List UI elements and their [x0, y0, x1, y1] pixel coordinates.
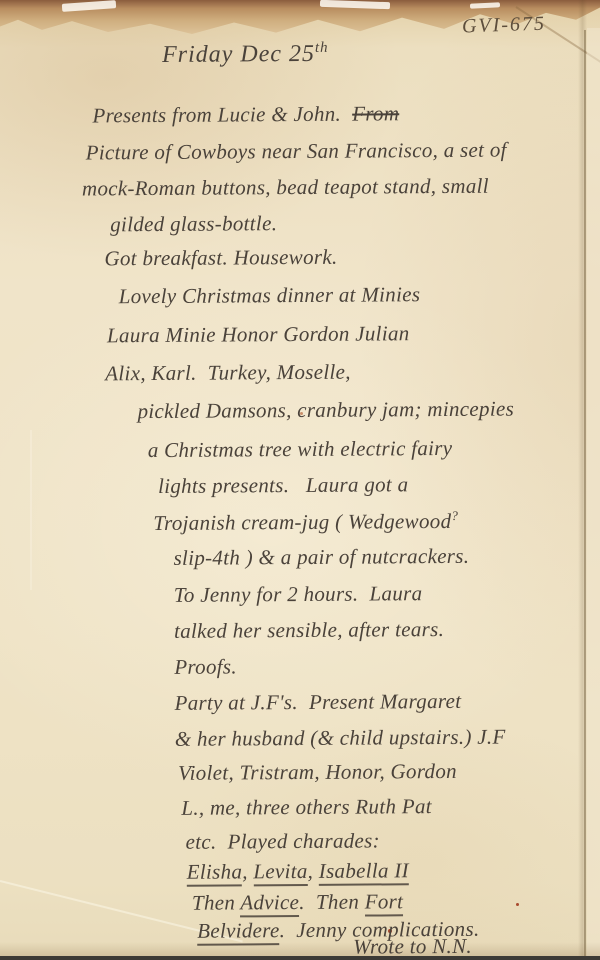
- handwritten-line: a Christmas tree with electric fairy: [148, 437, 453, 462]
- diary-page-photo: GVI-675 Friday Dec 25th Presents from Lu…: [0, 0, 600, 960]
- handwriting-segment: Violet, Tristram, Honor, Gordon: [178, 759, 457, 785]
- handwriting-segment: To Jenny for 2 hours. Laura: [174, 581, 423, 607]
- handwritten-line: To Jenny for 2 hours. Laura: [174, 582, 423, 607]
- handwriting-segment: etc. Played charades:: [185, 828, 380, 853]
- handwritten-line: & her husband (& child upstairs.) J.F: [175, 726, 506, 751]
- handwritten-line: L., me, three others Ruth Pat: [181, 795, 432, 820]
- handwriting-segment: Then: [192, 890, 241, 914]
- handwriting-segment: From: [352, 101, 399, 125]
- handwriting-segment: Party at J.F's. Present Margaret: [174, 689, 461, 715]
- handwritten-line: slip-4th ) & a pair of nutcrackers.: [173, 545, 469, 570]
- handwritten-line: Violet, Tristram, Honor, Gordon: [178, 760, 457, 785]
- handwriting-segment: pickled Damsons, cranbury jam; mincepies: [137, 397, 514, 424]
- handwriting-segment: Presents from Lucie & John.: [92, 102, 352, 128]
- handwriting-segment: Advice: [240, 890, 299, 917]
- handwritten-line: Presents from Lucie & John. From: [92, 102, 399, 127]
- handwritten-line: Picture of Cowboys near San Francisco, a…: [86, 139, 507, 165]
- handwritten-line: Elisha, Levita, Isabella II: [187, 859, 409, 884]
- handwriting-segment: Alix, Karl. Turkey, Moselle,: [105, 360, 351, 386]
- handwritten-line: Laura Minie Honor Gordon Julian: [107, 322, 410, 347]
- handwriting-segment: talked her sensible, after tears.: [174, 617, 444, 643]
- handwriting-segment: . Then: [299, 890, 365, 914]
- handwriting-segment: Elisha: [187, 859, 243, 886]
- handwriting-segment: Picture of Cowboys near San Francisco, a…: [86, 138, 507, 165]
- handwriting-segment: Proofs.: [174, 654, 237, 678]
- handwriting-segment: & her husband (& child upstairs.) J.F: [175, 725, 506, 751]
- handwritten-line: pickled Damsons, cranbury jam; mincepies: [137, 398, 514, 424]
- handwriting-segment: Fort: [365, 889, 404, 916]
- handwritten-line: Lovely Christmas dinner at Minies: [119, 283, 421, 308]
- date-ordinal: th: [315, 40, 329, 56]
- handwritten-line: lights presents. Laura got a: [158, 473, 408, 498]
- handwritten-line: Alix, Karl. Turkey, Moselle,: [105, 361, 351, 386]
- handwriting-segment: lights presents. Laura got a: [158, 472, 408, 498]
- handwritten-line: Then Advice. Then Fort: [192, 890, 403, 915]
- handwriting-segment: ,: [308, 859, 319, 883]
- handwriting-segment: Levita: [253, 859, 307, 886]
- handwriting-segment: Laura Minie Honor Gordon Julian: [107, 321, 410, 347]
- handwritten-line: Trojanish cream-jug ( Wedgewood?: [153, 509, 458, 535]
- handwriting-segment: Trojanish cream-jug ( Wedgewood: [153, 509, 451, 535]
- handwritten-line: Got breakfast. Housework.: [104, 246, 337, 271]
- date-heading-text: Friday Dec 25: [162, 41, 315, 68]
- handwriting-layer: Friday Dec 25th Presents from Lucie & Jo…: [0, 0, 600, 960]
- handwritten-line: gilded glass-bottle.: [110, 212, 277, 236]
- handwriting-segment: Isabella II: [319, 858, 409, 886]
- handwriting-segment: a Christmas tree with electric fairy: [148, 436, 453, 462]
- handwritten-line: Wrote to N.N.: [353, 935, 472, 959]
- handwriting-segment: Got breakfast. Housework.: [104, 245, 337, 271]
- date-heading: Friday Dec 25th: [162, 40, 329, 69]
- handwriting-segment: ?: [451, 508, 458, 523]
- handwriting-segment: Lovely Christmas dinner at Minies: [119, 282, 421, 308]
- handwriting-segment: ,: [242, 859, 253, 883]
- handwriting-segment: mock-Roman buttons, bead teapot stand, s…: [82, 174, 489, 201]
- handwritten-line: etc. Played charades:: [185, 829, 380, 853]
- handwriting-segment: L., me, three others Ruth Pat: [181, 794, 432, 820]
- handwriting-segment: slip-4th ) & a pair of nutcrackers.: [173, 544, 469, 570]
- handwritten-line: Party at J.F's. Present Margaret: [174, 690, 461, 715]
- handwriting-segment: Belvidere: [197, 918, 280, 946]
- handwritten-line: talked her sensible, after tears.: [174, 618, 444, 643]
- handwriting-segment: gilded glass-bottle.: [110, 211, 277, 236]
- handwritten-line: mock-Roman buttons, bead teapot stand, s…: [82, 175, 489, 201]
- handwriting-segment: Wrote to N.N.: [353, 934, 472, 959]
- handwritten-line: Proofs.: [174, 655, 237, 679]
